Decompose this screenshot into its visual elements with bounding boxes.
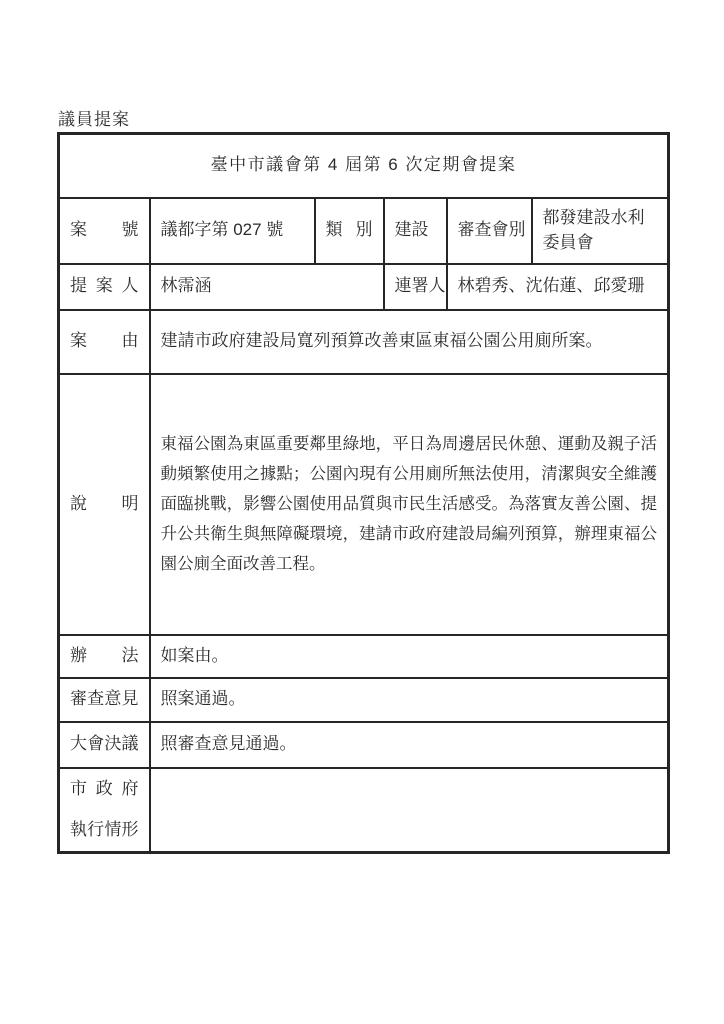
category-label: 類別: [326, 218, 373, 243]
explanation-label-cell: 說明: [59, 374, 150, 635]
case-number-label-cell: 案號: [59, 198, 150, 264]
case-subject-value: 建請市政府建設局寬列預算改善東區東福公園公用廁所案。: [150, 310, 669, 374]
case-subject-row: 案由 建請市政府建設局寬列預算改善東區東福公園公用廁所案。: [59, 310, 669, 374]
method-label-cell: 辦法: [59, 635, 150, 678]
assembly-resolution-label: 大會決議: [70, 732, 139, 757]
assembly-resolution-label-cell: 大會決議: [59, 722, 150, 768]
co-signers-label: 連署人: [395, 274, 436, 299]
case-subject-label-cell: 案由: [59, 310, 150, 374]
case-number-value: 議都字第 027 號: [150, 198, 315, 264]
review-opinion-label: 審查意見: [70, 687, 139, 712]
proposer-value: 林霈涵: [150, 264, 384, 310]
execution-status-label-cell: 市政府 執行情形: [59, 768, 150, 853]
method-value: 如案由。: [150, 635, 669, 678]
proposal-form-table: 臺中市議會第 4 屆第 6 次定期會提案 案號 議都字第 027 號 類別 建設…: [57, 132, 670, 854]
review-opinion-row: 審查意見 照案通過。: [59, 678, 669, 722]
proposer-row: 提案人 林霈涵 連署人 林碧秀、沈佑蓮、邱愛珊: [59, 264, 669, 310]
title-row: 臺中市議會第 4 屆第 6 次定期會提案: [59, 134, 669, 198]
case-number-label: 案號: [70, 218, 139, 243]
category-value: 建設: [384, 198, 447, 264]
review-committee-label-cell: 審查會別: [447, 198, 532, 264]
execution-status-value: [150, 768, 669, 853]
assembly-resolution-row: 大會決議 照審查意見通過。: [59, 722, 669, 768]
document-type-label: 議員提案: [58, 105, 130, 130]
method-label: 辦法: [70, 644, 139, 669]
form-title: 臺中市議會第 4 屆第 6 次定期會提案: [59, 134, 669, 198]
review-opinion-label-cell: 審查意見: [59, 678, 150, 722]
explanation-value: 東福公園為東區重要鄰里綠地，平日為周邊居民休憩、運動及親子活動頻繁使用之據點；公…: [150, 374, 669, 635]
explanation-row: 說明 東福公園為東區重要鄰里綠地，平日為周邊居民休憩、運動及親子活動頻繁使用之據…: [59, 374, 669, 635]
case-number-row: 案號 議都字第 027 號 類別 建設 審查會別 都發建設水利委員會: [59, 198, 669, 264]
explanation-label: 說明: [70, 492, 139, 517]
proposer-label: 提案人: [70, 274, 139, 299]
review-committee-value: 都發建設水利委員會: [532, 198, 669, 264]
assembly-resolution-value: 照審查意見通過。: [150, 722, 669, 768]
co-signers-label-cell: 連署人: [384, 264, 447, 310]
execution-status-row: 市政府 執行情形: [59, 768, 669, 853]
proposer-label-cell: 提案人: [59, 264, 150, 310]
review-committee-label: 審查會別: [458, 218, 521, 243]
execution-status-label: 市政府 執行情形: [70, 777, 139, 842]
co-signers-value: 林碧秀、沈佑蓮、邱愛珊: [447, 264, 669, 310]
method-row: 辦法 如案由。: [59, 635, 669, 678]
case-subject-label: 案由: [70, 329, 139, 354]
review-opinion-value: 照案通過。: [150, 678, 669, 722]
document-page: 議員提案 臺中市議會第 4 屆第 6 次定期會提案 案號 議都字第 027 號 …: [0, 0, 724, 1024]
category-label-cell: 類別: [315, 198, 384, 264]
